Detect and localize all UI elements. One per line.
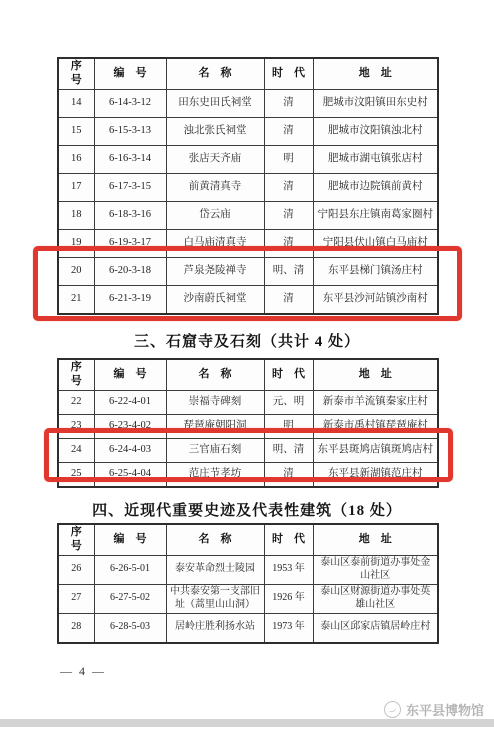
table-cell: 范庄节孝坊 [166, 462, 264, 487]
table-cell: 新泰市禹村镇琵琶庵村 [313, 414, 438, 438]
table-cell: 6-19-3-17 [94, 229, 166, 257]
table-cell: 22 [58, 390, 94, 414]
table-header-row: 序 号编 号名 称时 代地 址 [58, 359, 438, 390]
table-cell: 琵琶庵朝阳洞 [166, 414, 264, 438]
table-cell: 元、明 [264, 390, 313, 414]
museum-logo-icon [384, 701, 401, 718]
table-cell: 1926 年 [264, 584, 313, 613]
column-header: 地 址 [313, 359, 438, 390]
table-cell: 田东史田氏祠堂 [166, 89, 264, 117]
table-cell: 沙南蔚氏祠堂 [166, 285, 264, 314]
table-cell: 6-18-3-16 [94, 201, 166, 229]
table-header-row: 序 号编 号名 称时 代地 址 [58, 58, 438, 89]
table-cell: 1953 年 [264, 555, 313, 584]
table-cell: 白马庙清真寺 [166, 229, 264, 257]
table-cell: 清 [264, 117, 313, 145]
table-cell: 清 [264, 285, 313, 314]
table-cell: 6-15-3-13 [94, 117, 166, 145]
table-cell: 肥城市汶阳镇田东史村 [313, 89, 438, 117]
table-row: 156-15-3-13浊北张氏祠堂清肥城市汶阳镇浊北村 [58, 117, 438, 145]
bottom-gray-bar [0, 719, 494, 727]
watermark-text: 东平县博物馆 [406, 700, 484, 719]
table-cell: 6-25-4-04 [94, 462, 166, 487]
column-header: 名 称 [166, 524, 264, 555]
table-cell: 6-23-4-02 [94, 414, 166, 438]
table-row: 176-17-3-15前黄清真寺清肥城市边院镇前黄村 [58, 173, 438, 201]
table-cell: 6-20-3-18 [94, 257, 166, 285]
column-header: 编 号 [94, 58, 166, 89]
watermark: 东平县博物馆 [384, 700, 484, 719]
table-cell: 23 [58, 414, 94, 438]
table-row: 276-27-5-02中共泰安第一支部旧址（蒿里山山洞）1926 年泰山区财源街… [58, 584, 438, 613]
table-row: 186-18-3-16岱云庙清宁阳县东庄镇南葛家圈村 [58, 201, 438, 229]
table-cell: 肥城市边院镇前黄村 [313, 173, 438, 201]
column-header: 序 号 [58, 524, 94, 555]
table-cell: 18 [58, 201, 94, 229]
table-cell: 明 [264, 414, 313, 438]
table-cell: 崇福寺碑刻 [166, 390, 264, 414]
table-cell: 26 [58, 555, 94, 584]
column-header: 序 号 [58, 58, 94, 89]
table-row: 226-22-4-01崇福寺碑刻元、明新泰市羊流镇秦家庄村 [58, 390, 438, 414]
table-cell: 前黄清真寺 [166, 173, 264, 201]
table-cell: 肥城市湖屯镇张店村 [313, 145, 438, 173]
table-cell: 6-26-5-01 [94, 555, 166, 584]
table-cell: 芦泉尧陵禅寺 [166, 257, 264, 285]
table-cell: 25 [58, 462, 94, 487]
table-cell: 1973 年 [264, 613, 313, 643]
column-header: 编 号 [94, 524, 166, 555]
table-cell: 泰山区泰前街道办事处金山社区 [313, 555, 438, 584]
table-cell: 东平县斑鸠店镇斑鸠店村 [313, 438, 438, 462]
table-cell: 17 [58, 173, 94, 201]
table-cell: 24 [58, 438, 94, 462]
table-cell: 居岭庄胜利扬水站 [166, 613, 264, 643]
table-row: 216-21-3-19沙南蔚氏祠堂清东平县沙河站镇沙南村 [58, 285, 438, 314]
table-cell: 6-24-4-03 [94, 438, 166, 462]
table-row: 286-28-5-03居岭庄胜利扬水站1973 年泰山区邱家店镇居岭庄村 [58, 613, 438, 643]
table-cell: 泰安革命烈士陵园 [166, 555, 264, 584]
table-cell: 明、清 [264, 257, 313, 285]
table-cell: 6-17-3-15 [94, 173, 166, 201]
table-cell: 清 [264, 89, 313, 117]
table-cell: 新泰市羊流镇秦家庄村 [313, 390, 438, 414]
table-cell: 清 [264, 201, 313, 229]
column-header: 名 称 [166, 359, 264, 390]
table-cell: 岱云庙 [166, 201, 264, 229]
table-row: 236-23-4-02琵琶庵朝阳洞明新泰市禹村镇琵琶庵村 [58, 414, 438, 438]
grottoes-and-stone-carvings-table: 序 号编 号名 称时 代地 址226-22-4-01崇福寺碑刻元、明新泰市羊流镇… [57, 358, 439, 488]
table-cell: 6-21-3-19 [94, 285, 166, 314]
page-number: — 4 — [60, 664, 106, 679]
table-row: 246-24-4-03三官庙石刻明、清东平县斑鸠店镇斑鸠店村 [58, 438, 438, 462]
table-cell: 明、清 [264, 438, 313, 462]
table-cell: 20 [58, 257, 94, 285]
table-cell: 宁阳县东庄镇南葛家圈村 [313, 201, 438, 229]
table-cell: 清 [264, 462, 313, 487]
table-cell: 泰山区邱家店镇居岭庄村 [313, 613, 438, 643]
table-row: 166-16-3-14张店天齐庙明肥城市湖屯镇张店村 [58, 145, 438, 173]
table-cell: 14 [58, 89, 94, 117]
column-header: 地 址 [313, 58, 438, 89]
table-cell: 浊北张氏祠堂 [166, 117, 264, 145]
column-header: 时 代 [264, 524, 313, 555]
table-row: 146-14-3-12田东史田氏祠堂清肥城市汶阳镇田东史村 [58, 89, 438, 117]
table-cell: 6-28-5-03 [94, 613, 166, 643]
table-cell: 东平县新湖镇范庄村 [313, 462, 438, 487]
table-cell: 28 [58, 613, 94, 643]
table-cell: 泰山区财源街道办事处英雄山社区 [313, 584, 438, 613]
column-header: 编 号 [94, 359, 166, 390]
table-cell: 宁阳县伏山镇白马庙村 [313, 229, 438, 257]
table-cell: 6-14-3-12 [94, 89, 166, 117]
table-cell: 中共泰安第一支部旧址（蒿里山山洞） [166, 584, 264, 613]
table-cell: 21 [58, 285, 94, 314]
ancient-buildings-table: 序 号编 号名 称时 代地 址146-14-3-12田东史田氏祠堂清肥城市汶阳镇… [57, 57, 439, 315]
column-header: 名 称 [166, 58, 264, 89]
modern-historic-sites-table: 序 号编 号名 称时 代地 址266-26-5-01泰安革命烈士陵园1953 年… [57, 523, 439, 644]
document-page: { "page": { "page_number": "— 4 —", "wat… [0, 0, 494, 733]
table-cell: 6-22-4-01 [94, 390, 166, 414]
section-title-grottoes: 三、石窟寺及石刻（共计 4 处） [0, 330, 494, 351]
table-cell: 27 [58, 584, 94, 613]
table-cell: 6-16-3-14 [94, 145, 166, 173]
table-cell: 三官庙石刻 [166, 438, 264, 462]
table-cell: 肥城市汶阳镇浊北村 [313, 117, 438, 145]
table-row: 266-26-5-01泰安革命烈士陵园1953 年泰山区泰前街道办事处金山社区 [58, 555, 438, 584]
column-header: 时 代 [264, 58, 313, 89]
table-cell: 东平县沙河站镇沙南村 [313, 285, 438, 314]
table-cell: 6-27-5-02 [94, 584, 166, 613]
table-row: 196-19-3-17白马庙清真寺清宁阳县伏山镇白马庙村 [58, 229, 438, 257]
table-row: 256-25-4-04范庄节孝坊清东平县新湖镇范庄村 [58, 462, 438, 487]
table-cell: 清 [264, 173, 313, 201]
table-cell: 张店天齐庙 [166, 145, 264, 173]
table-cell: 东平县梯门镇汤庄村 [313, 257, 438, 285]
column-header: 序 号 [58, 359, 94, 390]
column-header: 地 址 [313, 524, 438, 555]
table-cell: 15 [58, 117, 94, 145]
table-row: 206-20-3-18芦泉尧陵禅寺明、清东平县梯门镇汤庄村 [58, 257, 438, 285]
table-cell: 清 [264, 229, 313, 257]
table-cell: 16 [58, 145, 94, 173]
table-cell: 明 [264, 145, 313, 173]
table-cell: 19 [58, 229, 94, 257]
table-header-row: 序 号编 号名 称时 代地 址 [58, 524, 438, 555]
section-title-modern-sites: 四、近现代重要史迹及代表性建筑（18 处） [0, 499, 494, 520]
column-header: 时 代 [264, 359, 313, 390]
